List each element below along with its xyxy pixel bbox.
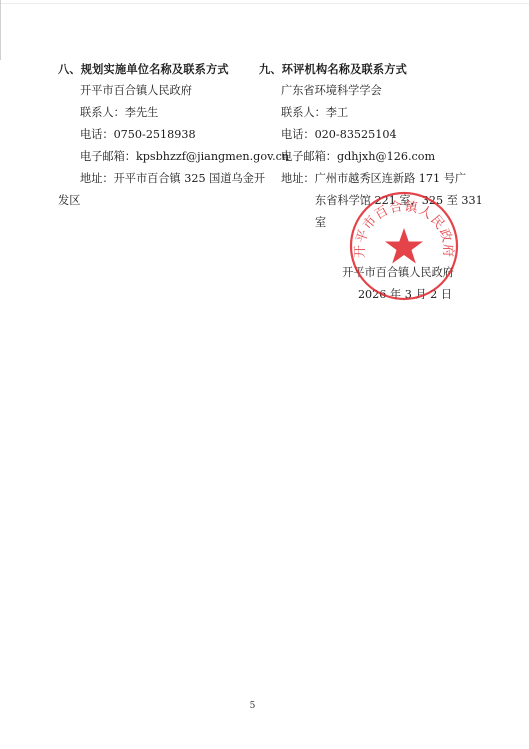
phone-number: 电话：020-83525104: [259, 124, 465, 146]
address-line-continued: 发区: [58, 190, 258, 212]
address-line-continued: 室: [259, 212, 465, 234]
contact-person: 联系人：李先生: [58, 102, 258, 124]
signature-block: 开平市百合镇人民政府 2026 年 3 月 2 日: [342, 262, 454, 306]
organization-name: 开平市百合镇人民政府: [58, 80, 258, 102]
implementing-unit-contact-section: 八、规划实施单位名称及联系方式 开平市百合镇人民政府 联系人：李先生 电话：07…: [58, 58, 258, 212]
address-line: 地址：开平市百合镇 325 国道乌金开: [58, 168, 258, 190]
address-line-continued: 东省科学馆 221 室，325 至 331: [259, 190, 465, 212]
section-heading: 九、环评机构名称及联系方式: [259, 58, 465, 80]
email-address: 电子邮箱：gdhjxh@126.com: [259, 146, 465, 168]
organization-name: 广东省环境科学学会: [259, 80, 465, 102]
issue-date: 2026 年 3 月 2 日: [342, 284, 454, 306]
page-number: 5: [0, 701, 505, 711]
page-edge: [0, 0, 1, 60]
page-edge: [0, 3, 529, 4]
phone-number: 电话：0750-2518938: [58, 124, 258, 146]
section-heading: 八、规划实施单位名称及联系方式: [58, 58, 258, 80]
eia-agency-contact-section: 九、环评机构名称及联系方式 广东省环境科学学会 联系人：李工 电话：020-83…: [259, 58, 465, 234]
contact-person: 联系人：李工: [259, 102, 465, 124]
email-address: 电子邮箱：kpsbhzzf@jiangmen.gov.cn: [58, 146, 258, 168]
issuer-name: 开平市百合镇人民政府: [342, 262, 454, 284]
address-line: 地址：广州市越秀区连新路 171 号广: [259, 168, 465, 190]
